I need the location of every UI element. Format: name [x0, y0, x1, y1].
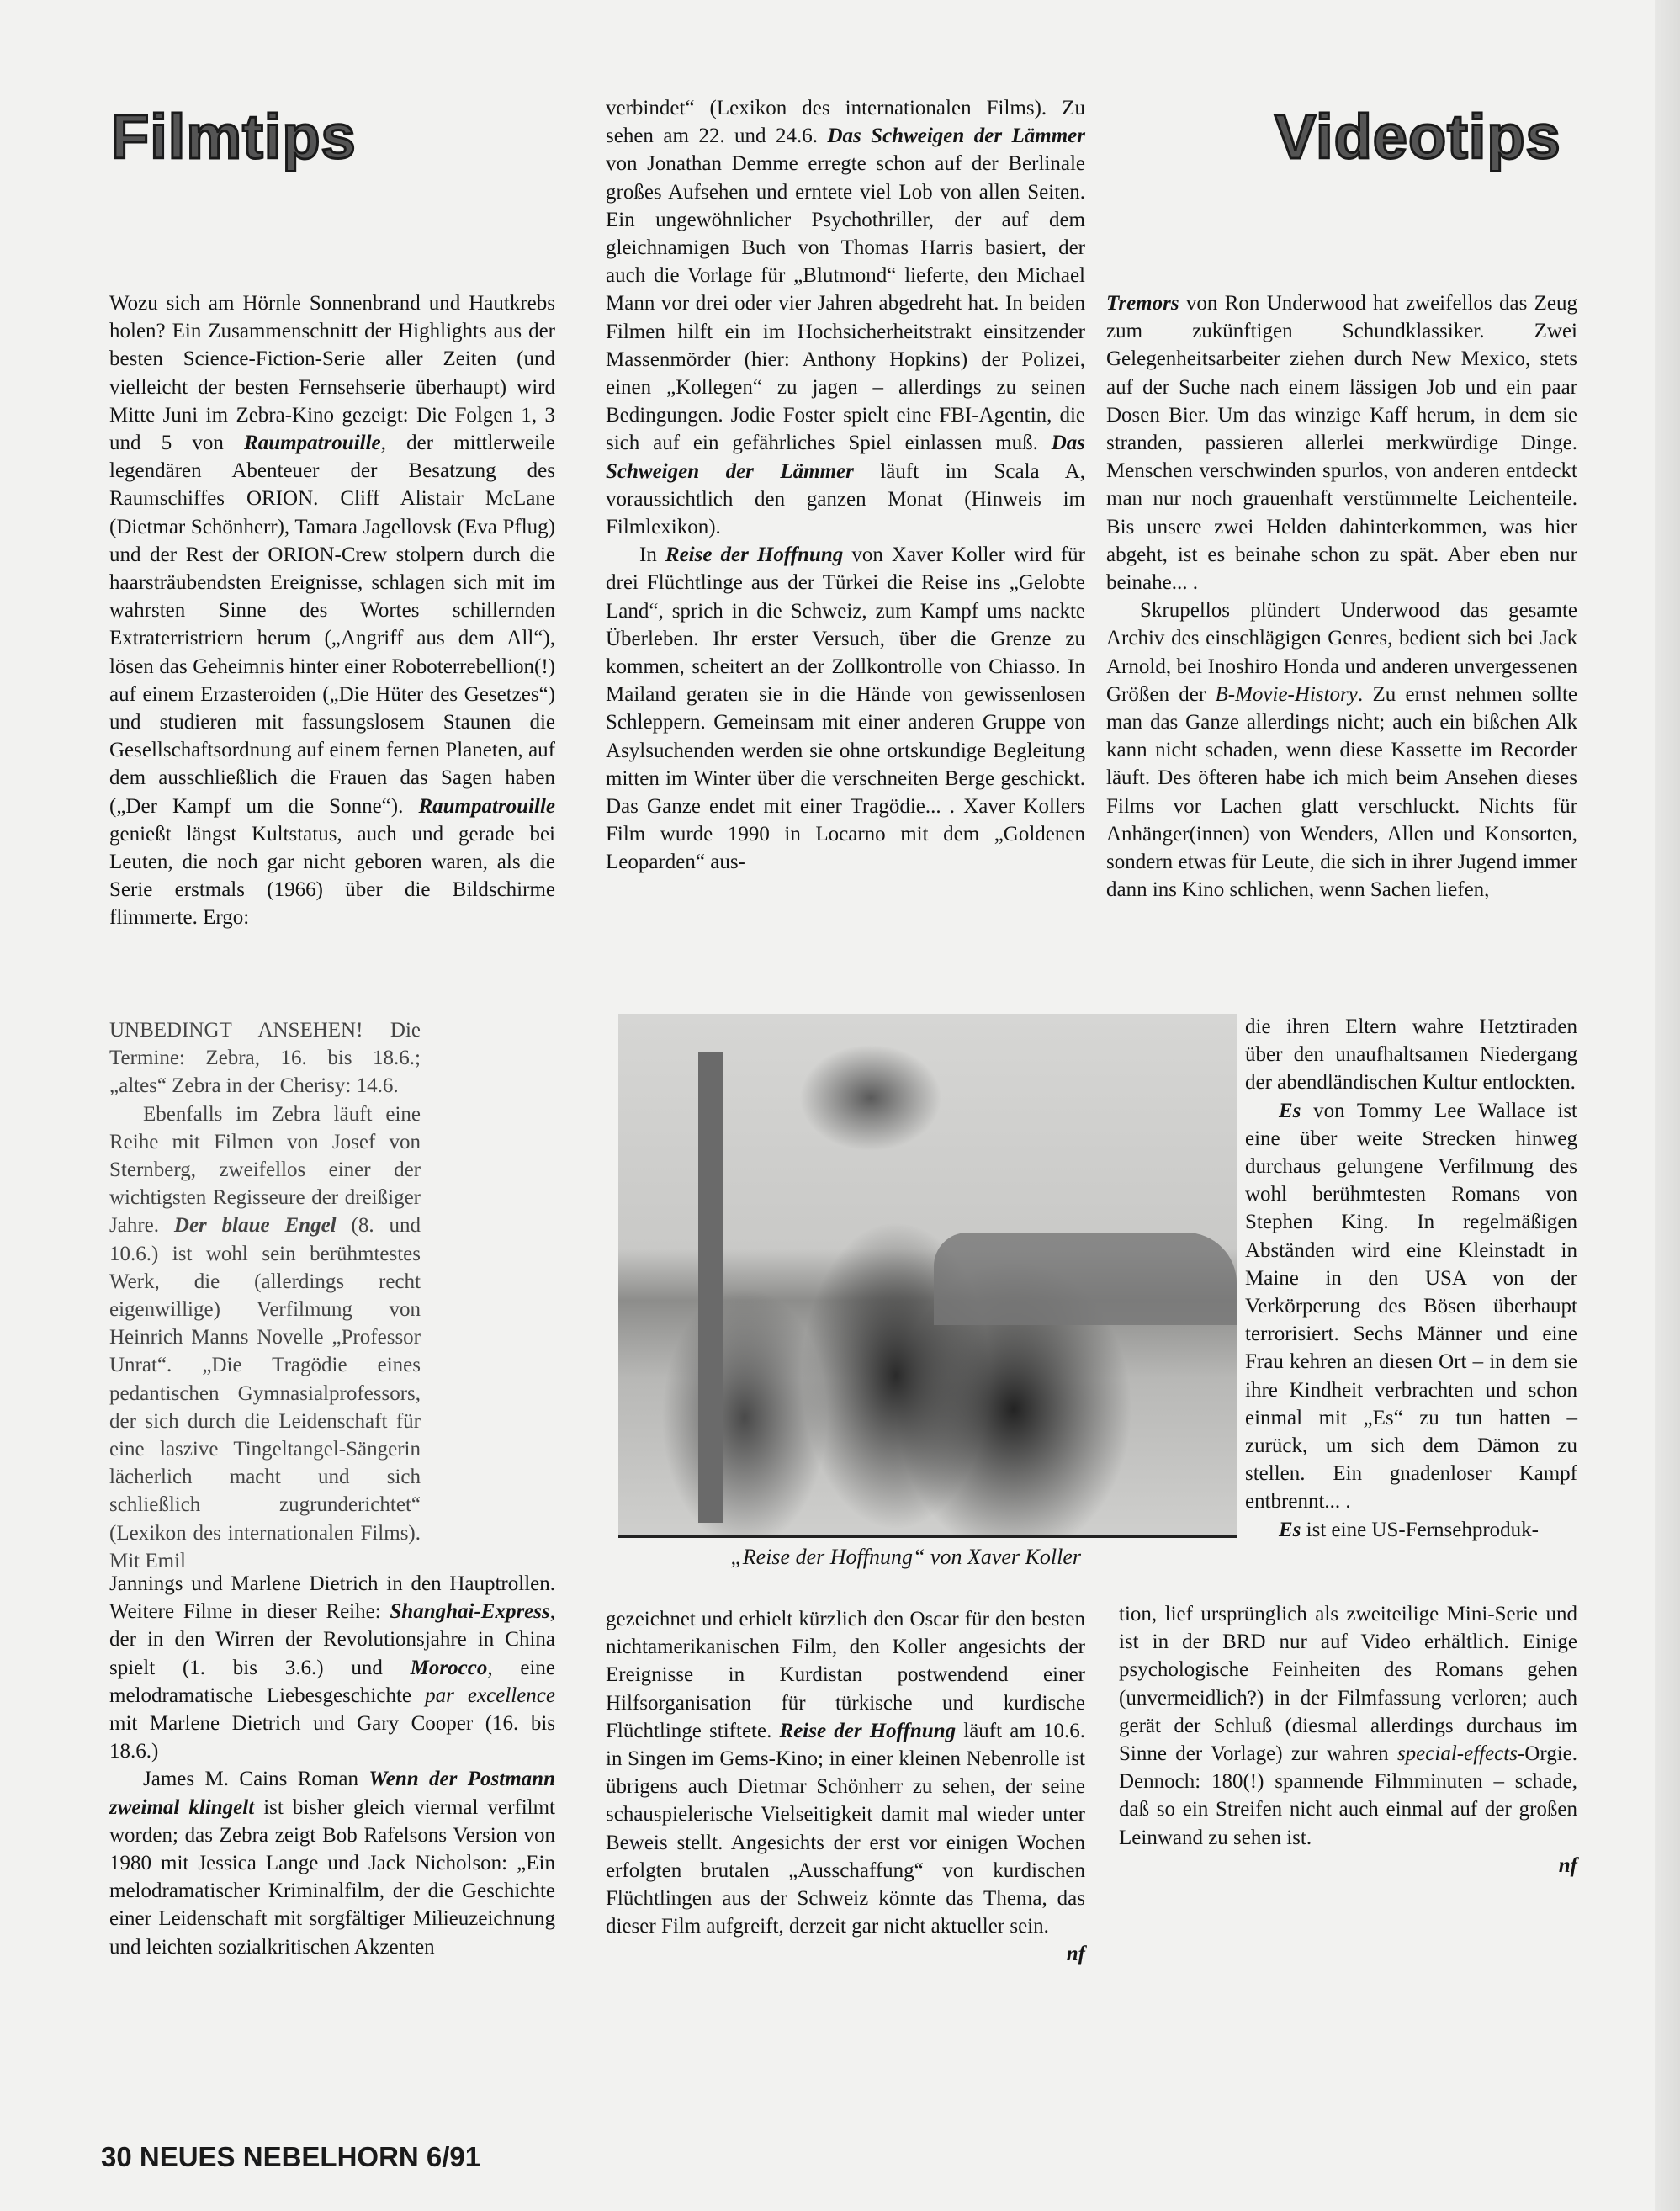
paragraph-laemmer: verbindet“ (Lexikon des internationalen …: [606, 94, 1085, 541]
paragraph: tion, lief ursprünglich als zweiteilige …: [1119, 1600, 1577, 1852]
paragraph-es-2: Es ist eine US-Fernsehproduk-: [1245, 1516, 1577, 1544]
videotips-column: Tremors von Ron Underwood hat zweifellos…: [1106, 289, 1577, 904]
filmtips-column-1-narrow: UNBEDINGT ANSEHEN! Die Termine: Zebra, 1…: [109, 1016, 421, 1575]
filmtips-column-2-bottom: gezeichnet und erhielt kürzlich den Osca…: [606, 1605, 1085, 1969]
videotips-headline: Videotips: [1275, 101, 1561, 172]
paragraph-tremors: Tremors von Ron Underwood hat zweifellos…: [1106, 289, 1577, 596]
paragraph-es: Es von Tommy Lee Wallace ist eine über w…: [1245, 1097, 1577, 1516]
videotips-column-narrow: die ihren Eltern wahre Hetztiraden über …: [1245, 1013, 1577, 1544]
paragraph-reise: In Reise der Hoffnung von Xaver Koller w…: [606, 541, 1085, 876]
paragraph-dates: UNBEDINGT ANSEHEN! Die Termine: Zebra, 1…: [109, 1016, 421, 1100]
filmtips-column-1: Wozu sich am Hörnle Sonnenbrand und Haut…: [109, 289, 555, 932]
page-edge: [1655, 0, 1680, 2211]
paragraph-postmann: James M. Cains Roman Wenn der Postmann z…: [109, 1765, 555, 1960]
page-footer: 30 NEUES NEBELHORN 6/91: [101, 2141, 480, 2173]
photo-caption: „Reise der Hoffnung“ von Xaver Koller: [677, 1545, 1081, 1570]
paragraph-sternberg: Ebenfalls im Zebra läuft eine Reihe mit …: [109, 1100, 421, 1575]
paragraph: gezeichnet und erhielt kürzlich den Osca…: [606, 1605, 1085, 1940]
film-still-photo: [618, 1014, 1237, 1538]
paragraph: Wozu sich am Hörnle Sonnenbrand und Haut…: [109, 289, 555, 932]
filmtips-headline: Filmtips: [111, 101, 357, 172]
videotips-column-bottom: tion, lief ursprünglich als zweiteilige …: [1119, 1600, 1577, 1880]
paragraph: Jannings und Marlene Dietrich in den Hau…: [109, 1570, 555, 1765]
photo-pole: [698, 1052, 723, 1523]
author-signature: nf: [606, 1940, 1085, 1968]
photo-trees: [934, 1233, 1237, 1325]
filmtips-column-1-bottom: Jannings und Marlene Dietrich in den Hau…: [109, 1570, 555, 1961]
paragraph-underwood: Skrupellos plündert Underwood das gesamt…: [1106, 596, 1577, 904]
author-signature: nf: [1119, 1852, 1577, 1880]
filmtips-column-2: verbindet“ (Lexikon des internationalen …: [606, 94, 1085, 877]
paragraph: die ihren Eltern wahre Hetztiraden über …: [1245, 1013, 1577, 1097]
